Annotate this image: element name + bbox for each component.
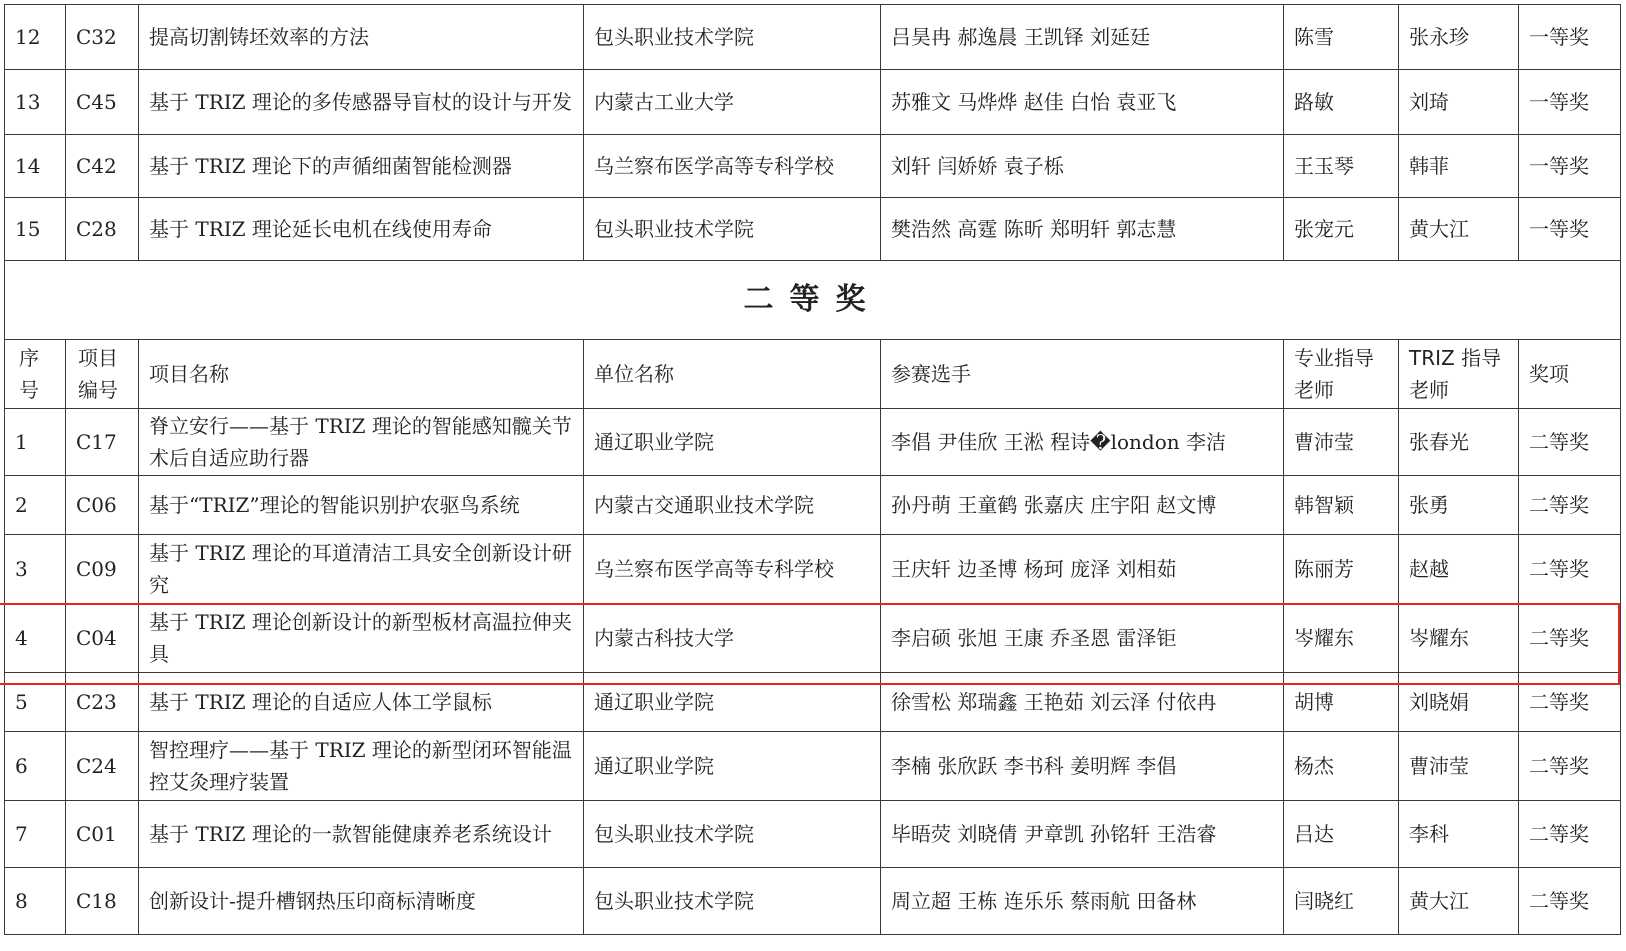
header-project-name: 项目名称 xyxy=(139,340,584,409)
players-cell: 周立超 王栋 连乐乐 蔡雨航 田备林 xyxy=(881,868,1284,935)
players-cell: 樊浩然 高霆 陈昕 郑明轩 郭志慧 xyxy=(881,198,1284,261)
header-row: 序号 项目编号 项目名称 单位名称 参赛选手 专业指导老师 TRIZ 指导老师 … xyxy=(5,340,1621,409)
project-code-cell: C09 xyxy=(66,535,139,604)
triz-advisor-cell: 赵越 xyxy=(1399,535,1519,604)
players-cell: 李楠 张欣跃 李书科 姜明辉 李倡 xyxy=(881,732,1284,801)
unit-cell: 通辽职业学院 xyxy=(584,673,881,732)
unit-cell: 内蒙古交通职业技术学院 xyxy=(584,476,881,535)
project-code-cell: C17 xyxy=(66,409,139,476)
seq-cell: 6 xyxy=(5,732,66,801)
seq-cell: 4 xyxy=(5,604,66,673)
players-cell: 孙丹萌 王童鹤 张嘉庆 庄宇阳 赵文博 xyxy=(881,476,1284,535)
triz-advisor-cell: 李科 xyxy=(1399,801,1519,868)
seq-cell: 13 xyxy=(5,70,66,135)
players-cell: 王庆轩 边圣博 杨珂 庞泽 刘相茹 xyxy=(881,535,1284,604)
players-cell: 毕晤荧 刘晓倩 尹章凯 孙铭轩 王浩睿 xyxy=(881,801,1284,868)
table-row: 12 C32 提高切割铸坯效率的方法 包头职业技术学院 吕昊冉 郝逸晨 王凯铎 … xyxy=(5,5,1621,70)
award-cell: 一等奖 xyxy=(1519,70,1621,135)
project-name-cell: 创新设计-提升槽钢热压印商标清晰度 xyxy=(139,868,584,935)
award-cell: 一等奖 xyxy=(1519,135,1621,198)
project-name-cell: 智控理疗——基于 TRIZ 理论的新型闭环智能温控艾灸理疗装置 xyxy=(139,732,584,801)
table-row: 14 C42 基于 TRIZ 理论下的声循细菌智能检测器 乌兰察布医学高等专科学… xyxy=(5,135,1621,198)
triz-advisor-cell: 韩菲 xyxy=(1399,135,1519,198)
advisor-cell: 杨杰 xyxy=(1284,732,1399,801)
award-cell: 二等奖 xyxy=(1519,868,1621,935)
header-unit: 单位名称 xyxy=(584,340,881,409)
project-name-cell: 基于 TRIZ 理论延长电机在线使用寿命 xyxy=(139,198,584,261)
seq-cell: 3 xyxy=(5,535,66,604)
unit-cell: 通辽职业学院 xyxy=(584,732,881,801)
project-code-cell: C01 xyxy=(66,801,139,868)
section-title: 二等奖 xyxy=(5,261,1621,340)
advisor-cell: 曹沛莹 xyxy=(1284,409,1399,476)
advisor-cell: 岑耀东 xyxy=(1284,604,1399,673)
table-row: 7 C01 基于 TRIZ 理论的一款智能健康养老系统设计 包头职业技术学院 毕… xyxy=(5,801,1621,868)
advisor-cell: 韩智颖 xyxy=(1284,476,1399,535)
section-banner-row: 二等奖 xyxy=(5,261,1621,340)
players-cell: 李倡 尹佳欣 王淞 程诗�london 李洁 xyxy=(881,409,1284,476)
unit-cell: 包头职业技术学院 xyxy=(584,801,881,868)
table-row: 5 C23 基于 TRIZ 理论的自适应人体工学鼠标 通辽职业学院 徐雪松 郑瑞… xyxy=(5,673,1621,732)
advisor-cell: 胡博 xyxy=(1284,673,1399,732)
project-code-cell: C04 xyxy=(66,604,139,673)
table-row: 1 C17 脊立安行——基于 TRIZ 理论的智能感知髋关节术后自适应助行器 通… xyxy=(5,409,1621,476)
award-table: 12 C32 提高切割铸坯效率的方法 包头职业技术学院 吕昊冉 郝逸晨 王凯铎 … xyxy=(4,4,1621,935)
table-row: 15 C28 基于 TRIZ 理论延长电机在线使用寿命 包头职业技术学院 樊浩然… xyxy=(5,198,1621,261)
triz-advisor-cell: 张永珍 xyxy=(1399,5,1519,70)
project-name-cell: 基于 TRIZ 理论的耳道清洁工具安全创新设计研究 xyxy=(139,535,584,604)
project-name-cell: 提高切割铸坯效率的方法 xyxy=(139,5,584,70)
project-code-cell: C18 xyxy=(66,868,139,935)
header-award: 奖项 xyxy=(1519,340,1621,409)
advisor-cell: 王玉琴 xyxy=(1284,135,1399,198)
award-cell: 二等奖 xyxy=(1519,476,1621,535)
project-code-cell: C06 xyxy=(66,476,139,535)
table-row: 8 C18 创新设计-提升槽钢热压印商标清晰度 包头职业技术学院 周立超 王栋 … xyxy=(5,868,1621,935)
advisor-cell: 吕达 xyxy=(1284,801,1399,868)
advisor-cell: 陈雪 xyxy=(1284,5,1399,70)
project-name-cell: 基于“TRIZ”理论的智能识别护农驱鸟系统 xyxy=(139,476,584,535)
project-code-cell: C45 xyxy=(66,70,139,135)
project-code-cell: C28 xyxy=(66,198,139,261)
award-cell: 一等奖 xyxy=(1519,198,1621,261)
award-cell: 二等奖 xyxy=(1519,673,1621,732)
project-code-cell: C24 xyxy=(66,732,139,801)
triz-advisor-cell: 刘晓娟 xyxy=(1399,673,1519,732)
table-row: 3 C09 基于 TRIZ 理论的耳道清洁工具安全创新设计研究 乌兰察布医学高等… xyxy=(5,535,1621,604)
header-players: 参赛选手 xyxy=(881,340,1284,409)
award-cell: 二等奖 xyxy=(1519,604,1621,673)
seq-cell: 5 xyxy=(5,673,66,732)
table-row-highlighted: 4 C04 基于 TRIZ 理论创新设计的新型板材高温拉伸夹具 内蒙古科技大学 … xyxy=(5,604,1621,673)
project-name-cell: 基于 TRIZ 理论的多传感器导盲杖的设计与开发 xyxy=(139,70,584,135)
players-cell: 李启硕 张旭 王康 乔圣恩 雷泽钜 xyxy=(881,604,1284,673)
triz-advisor-cell: 张春光 xyxy=(1399,409,1519,476)
triz-advisor-cell: 张勇 xyxy=(1399,476,1519,535)
advisor-cell: 张宠元 xyxy=(1284,198,1399,261)
award-cell: 二等奖 xyxy=(1519,801,1621,868)
table-row: 2 C06 基于“TRIZ”理论的智能识别护农驱鸟系统 内蒙古交通职业技术学院 … xyxy=(5,476,1621,535)
project-code-cell: C23 xyxy=(66,673,139,732)
players-cell: 徐雪松 郑瑞鑫 王艳茹 刘云泽 付依冉 xyxy=(881,673,1284,732)
unit-cell: 通辽职业学院 xyxy=(584,409,881,476)
advisor-cell: 路敏 xyxy=(1284,70,1399,135)
project-name-cell: 基于 TRIZ 理论的自适应人体工学鼠标 xyxy=(139,673,584,732)
players-cell: 吕昊冉 郝逸晨 王凯铎 刘延廷 xyxy=(881,5,1284,70)
triz-advisor-cell: 刘琦 xyxy=(1399,70,1519,135)
table-row: 6 C24 智控理疗——基于 TRIZ 理论的新型闭环智能温控艾灸理疗装置 通辽… xyxy=(5,732,1621,801)
players-cell: 苏雅文 马烨烨 赵佳 白怡 袁亚飞 xyxy=(881,70,1284,135)
triz-advisor-cell: 曹沛莹 xyxy=(1399,732,1519,801)
unit-cell: 乌兰察布医学高等专科学校 xyxy=(584,535,881,604)
players-cell: 刘轩 闫娇娇 袁子栎 xyxy=(881,135,1284,198)
award-cell: 一等奖 xyxy=(1519,5,1621,70)
advisor-cell: 陈丽芳 xyxy=(1284,535,1399,604)
project-name-cell: 基于 TRIZ 理论的一款智能健康养老系统设计 xyxy=(139,801,584,868)
project-name-cell: 基于 TRIZ 理论下的声循细菌智能检测器 xyxy=(139,135,584,198)
seq-cell: 1 xyxy=(5,409,66,476)
table-row: 13 C45 基于 TRIZ 理论的多传感器导盲杖的设计与开发 内蒙古工业大学 … xyxy=(5,70,1621,135)
unit-cell: 包头职业技术学院 xyxy=(584,198,881,261)
unit-cell: 包头职业技术学院 xyxy=(584,868,881,935)
seq-cell: 7 xyxy=(5,801,66,868)
project-code-cell: C42 xyxy=(66,135,139,198)
unit-cell: 包头职业技术学院 xyxy=(584,5,881,70)
seq-cell: 2 xyxy=(5,476,66,535)
header-advisor: 专业指导老师 xyxy=(1284,340,1399,409)
advisor-cell: 闫晓红 xyxy=(1284,868,1399,935)
project-code-cell: C32 xyxy=(66,5,139,70)
unit-cell: 内蒙古工业大学 xyxy=(584,70,881,135)
project-name-cell: 基于 TRIZ 理论创新设计的新型板材高温拉伸夹具 xyxy=(139,604,584,673)
triz-advisor-cell: 岑耀东 xyxy=(1399,604,1519,673)
award-cell: 二等奖 xyxy=(1519,732,1621,801)
seq-cell: 12 xyxy=(5,5,66,70)
unit-cell: 乌兰察布医学高等专科学校 xyxy=(584,135,881,198)
project-name-cell: 脊立安行——基于 TRIZ 理论的智能感知髋关节术后自适应助行器 xyxy=(139,409,584,476)
unit-cell: 内蒙古科技大学 xyxy=(584,604,881,673)
award-cell: 二等奖 xyxy=(1519,409,1621,476)
header-triz-advisor: TRIZ 指导老师 xyxy=(1399,340,1519,409)
header-code: 项目编号 xyxy=(66,340,139,409)
triz-advisor-cell: 黄大江 xyxy=(1399,198,1519,261)
award-cell: 二等奖 xyxy=(1519,535,1621,604)
seq-cell: 8 xyxy=(5,868,66,935)
seq-cell: 14 xyxy=(5,135,66,198)
triz-advisor-cell: 黄大江 xyxy=(1399,868,1519,935)
seq-cell: 15 xyxy=(5,198,66,261)
header-seq: 序号 xyxy=(5,340,66,409)
